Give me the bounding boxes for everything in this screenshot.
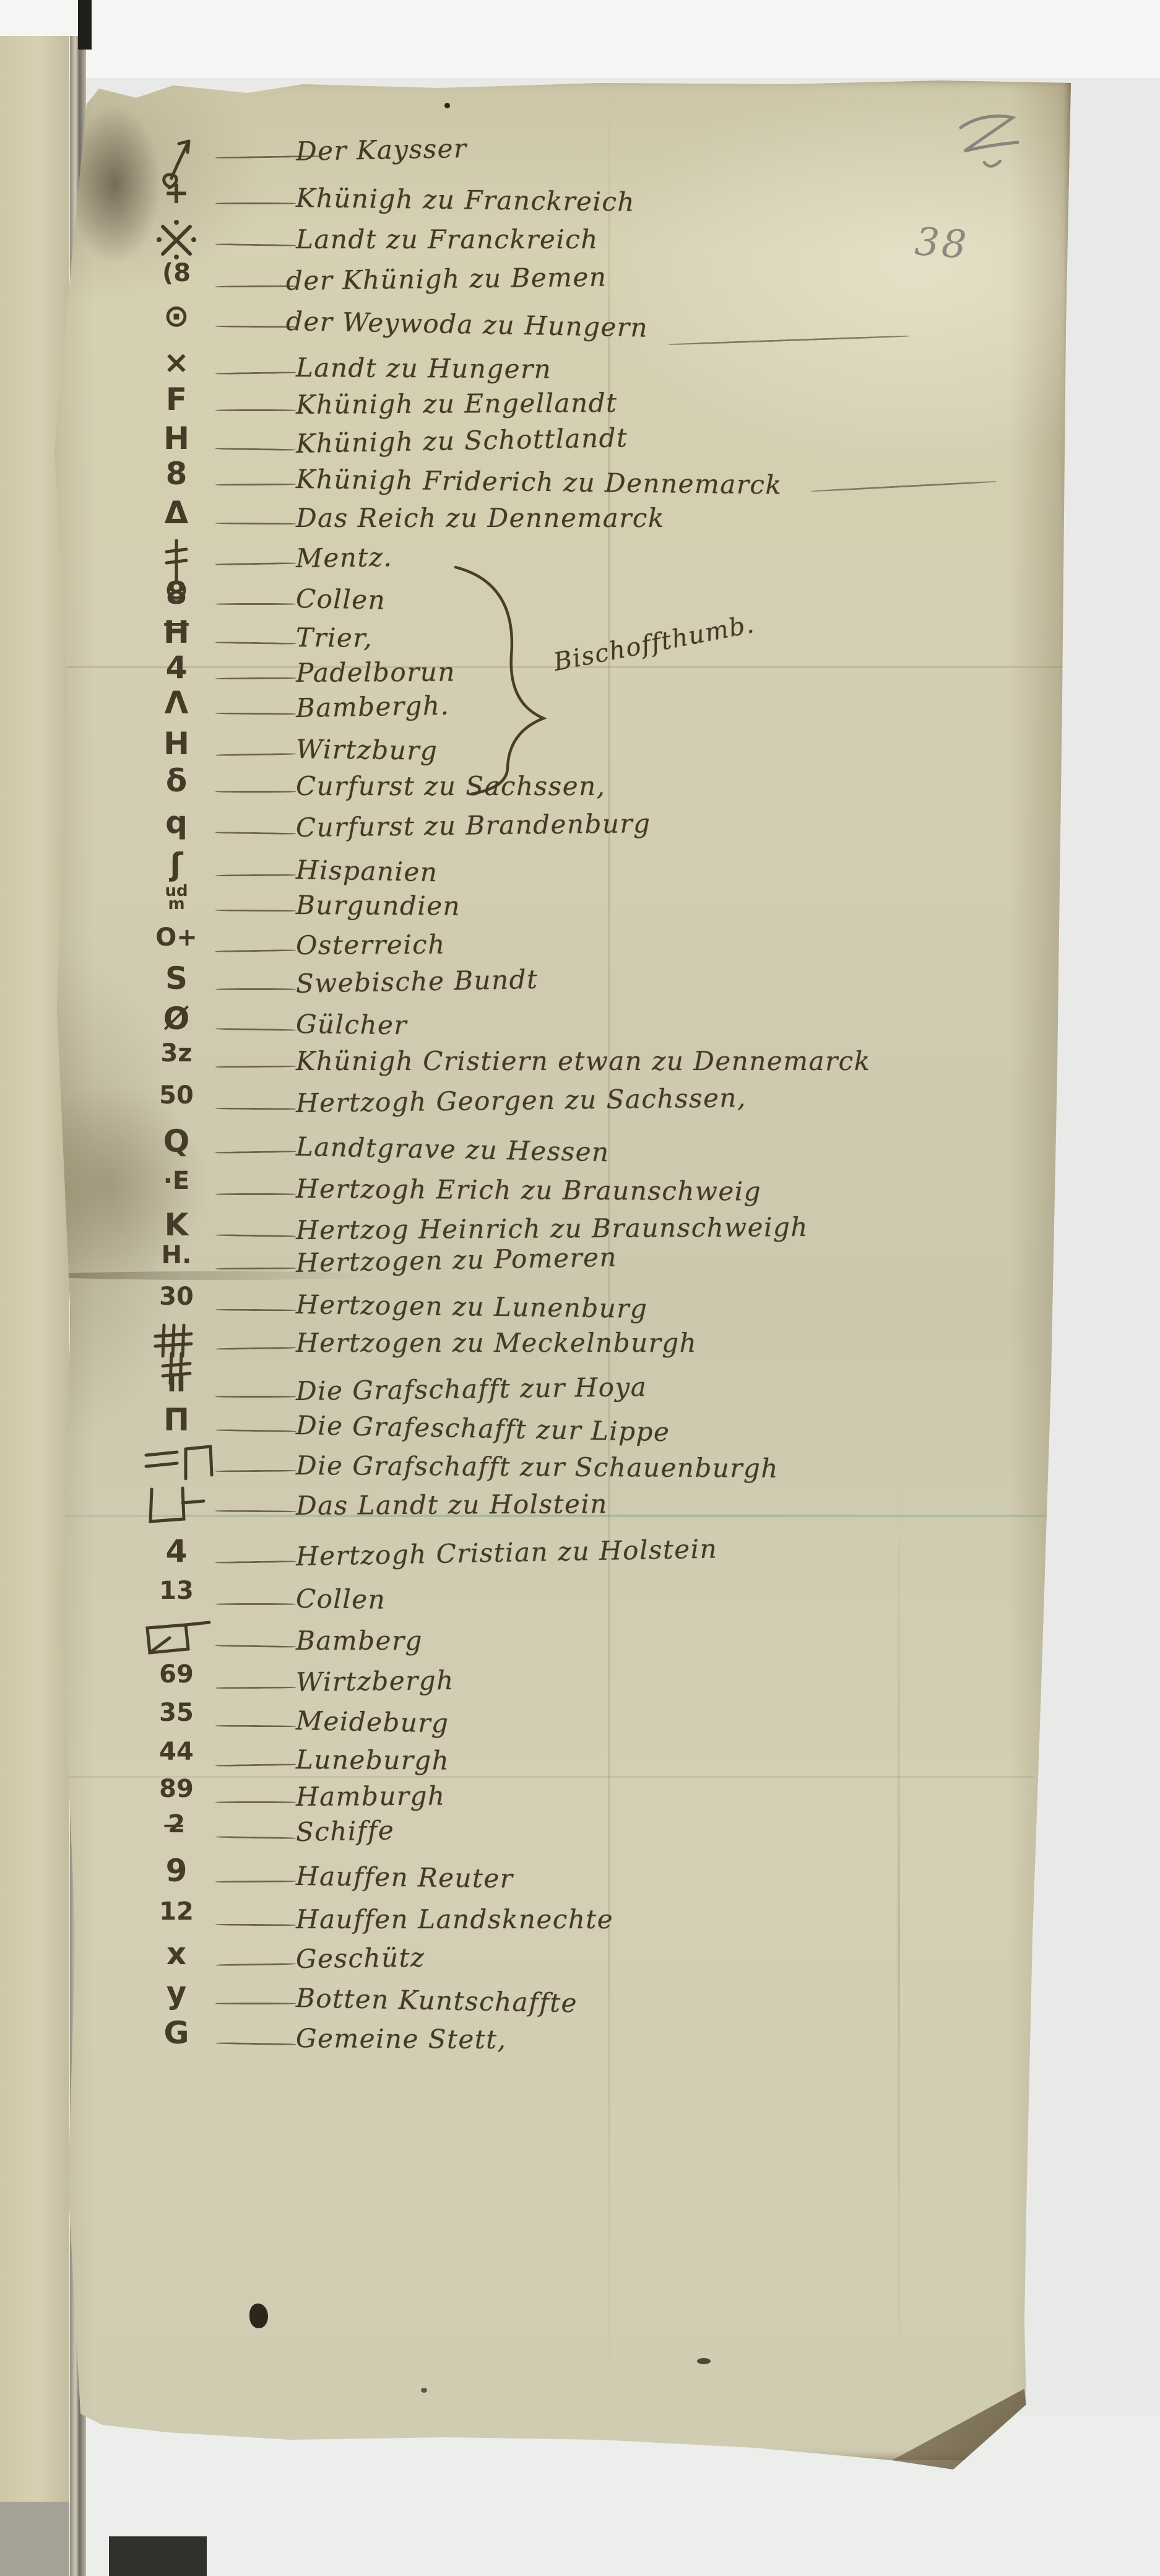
entry-text: Geschütz (296, 1942, 425, 1974)
entry-text: Hertzogh Cristian zu Holstein (296, 1534, 718, 1572)
connector-line (215, 1065, 296, 1068)
entry-text: Die Grafschafft zur Schauenburgh (296, 1450, 779, 1484)
connector-line (215, 409, 296, 411)
cipher-symbol: y (142, 1980, 210, 2005)
entry-text: Padelborun (296, 656, 456, 688)
flourish-line (811, 481, 997, 492)
connector-line (215, 1396, 296, 1398)
entry-text: Curfurst zu Brandenburg (296, 808, 651, 843)
entry-text: Burgundien (296, 890, 461, 921)
cipher-symbol: Π (142, 1408, 210, 1432)
entry-text: Landt zu Hungern (296, 352, 552, 385)
x-dots-sigil (142, 218, 210, 263)
entry-text: Hertzogh Erich zu Braunschweig (296, 1173, 761, 1207)
connector-line (215, 988, 296, 990)
entry-text: Hertzog Heinrich zu Braunschweigh (296, 1212, 808, 1245)
connector-line (215, 1028, 296, 1031)
entry-text: Hamburgh (296, 1781, 446, 1812)
connector-line (215, 677, 296, 679)
ink-smear (697, 2358, 711, 2364)
connector-line (215, 1347, 296, 1350)
entry-text: Bamberg (296, 1625, 423, 1656)
entry-text: Schiffe (296, 1815, 395, 1847)
group-brace (444, 563, 562, 799)
cipher-symbol: K (142, 1212, 210, 1237)
cipher-symbol: H (142, 426, 210, 451)
entry-text: Wirtzburg (296, 734, 438, 766)
connector-line (215, 1308, 296, 1311)
connector-line (215, 1267, 296, 1269)
connector-line (215, 832, 296, 835)
ink-blot (249, 2304, 268, 2328)
entry-text: Die Grafschafft zur Hoya (296, 1372, 647, 1406)
cipher-symbol: 4 (142, 655, 210, 680)
cipher-symbol: 9 (142, 1858, 210, 1883)
entry-text: Hauffen Landsknechte (296, 1904, 613, 1934)
scanned-manuscript: 38 Bischoffthumb. Der Kaysser+Khünigh zu… (0, 0, 1160, 2576)
entry-text: Die Grafeschafft zur Lippe (296, 1410, 670, 1447)
connector-line (215, 1880, 296, 1882)
cipher-symbol: 2̶ (142, 1814, 210, 1834)
entry-text: Meideburg (296, 1705, 449, 1739)
entry-text: Khünigh zu Schottlandt (296, 422, 628, 459)
ink-spot (444, 103, 450, 108)
cipher-symbol: x (142, 1941, 210, 1966)
cipher-symbol: 8 (142, 461, 210, 486)
manuscript-page: 38 Bischoffthumb. Der Kaysser+Khünigh zu… (43, 79, 1071, 2460)
cipher-symbol: O+ (142, 928, 210, 947)
connector-line (215, 1107, 296, 1110)
entry-text: Osterreich (296, 929, 446, 960)
entry-text: der Khünigh zu Bemen (286, 262, 607, 296)
open-box-sigil (142, 1484, 210, 1529)
connector-line (215, 2003, 296, 2004)
connector-line (215, 603, 296, 605)
pencil-corner-mark (952, 109, 1026, 177)
connector-line (215, 1645, 296, 1648)
entry-text: Bambergh. (296, 690, 450, 723)
entry-text: Hauffen Reuter (296, 1861, 514, 1894)
cipher-symbol: 30 (142, 1287, 210, 1307)
cipher-symbol: δ (142, 768, 210, 793)
connector-line (215, 1560, 296, 1564)
ink-speck (421, 2388, 427, 2393)
adjacent-folio-foot (0, 2502, 69, 2576)
connector-line (215, 1193, 296, 1195)
entry-text: Botten Kuntschaffte (296, 1983, 578, 2018)
entry-text: Wirtzbergh (296, 1665, 454, 1697)
cipher-symbol: H. (142, 1245, 210, 1265)
connector-line (215, 448, 296, 451)
connector-line (215, 949, 296, 952)
entry-text: Hertzogen zu Pomeren (296, 1242, 618, 1278)
connector-line (215, 1764, 296, 1767)
entry-text: Das Reich zu Dennemarck (296, 503, 665, 533)
connector-line (215, 712, 296, 715)
connector-line (215, 1923, 296, 1926)
entry-text: der Weywoda zu Hungern (286, 306, 649, 343)
cipher-symbol: 69 (142, 1664, 210, 1684)
pencil-page-number: 38 (914, 219, 971, 268)
connector-line (215, 522, 296, 524)
vertical-fold-crease-right (898, 1473, 900, 2401)
entry-text: Khünigh Cristiern etwan zu Dennemarck (296, 1046, 871, 1076)
cipher-symbol: Q (142, 1129, 210, 1154)
entry-text: Der Kaysser (296, 133, 468, 167)
spine-shadow (78, 0, 92, 50)
cipher-symbol: 4 (142, 1539, 210, 1564)
connector-line (215, 1801, 296, 1803)
entry-text: Khünigh Friderich zu Dennemarck (296, 464, 782, 500)
entry-text: Trier, (296, 622, 373, 653)
cipher-symbol: 35 (142, 1703, 210, 1723)
entry-text: Luneburgh (296, 1744, 450, 1776)
connector-line (215, 1429, 296, 1432)
entry-text: Landtgrave zu Hessen (296, 1131, 610, 1167)
cipher-symbol: ʃ (142, 852, 210, 877)
connector-line (215, 483, 296, 485)
bracket-sigil (142, 1444, 210, 1486)
cipher-symbol: 12 (142, 1902, 210, 1921)
cipher-symbol: 44 (142, 1742, 210, 1762)
connector-line (215, 1510, 296, 1512)
entry-text: Collen (296, 1583, 386, 1615)
connector-line (215, 325, 296, 328)
cipher-symbol: Λ (142, 690, 210, 715)
connector-line (215, 874, 296, 876)
cipher-symbol: Δ (142, 500, 210, 525)
connector-line (215, 1151, 296, 1154)
connector-line (215, 1963, 296, 1966)
cipher-symbol: 8 (142, 581, 210, 606)
connector-line (215, 1603, 296, 1605)
cipher-symbol: S (142, 966, 210, 991)
cipher-symbol: ⊙ (142, 303, 210, 328)
dark-board-edge (109, 2536, 207, 2576)
connector-line (215, 791, 296, 793)
entry-text: Gülcher (296, 1009, 408, 1040)
entry-text: Gemeine Stett, (296, 2023, 507, 2055)
entry-text: Hispanien (296, 855, 438, 887)
flag-box-sigil (142, 1619, 210, 1659)
cipher-symbol: Ø (142, 1006, 210, 1031)
cipher-symbol: + (142, 180, 210, 205)
flourish-line (669, 335, 910, 346)
connector-line (215, 202, 296, 204)
cipher-symbol: (8 (142, 263, 210, 283)
entry-text: Hertzogh Georgen zu Sachssen, (296, 1082, 747, 1118)
cipher-symbol: II (142, 1373, 210, 1393)
entry-text: Swebische Bundt (296, 964, 539, 999)
connector-line (215, 1725, 296, 1727)
cipher-symbol: q (142, 810, 210, 835)
connector-line (215, 2042, 296, 2045)
connector-line (215, 1469, 296, 1472)
connector-line (215, 562, 296, 565)
cipher-symbol: 89 (142, 1779, 210, 1799)
entry-text: Hertzogen zu Lunenburg (296, 1289, 648, 1324)
cipher-symbol: F (142, 387, 210, 412)
cipher-symbol: 50 (142, 1086, 210, 1105)
connector-line (215, 909, 296, 912)
entry-text: Collen (296, 583, 386, 616)
connector-line (215, 642, 296, 645)
cipher-symbol: 3z (142, 1043, 210, 1063)
brace-label: Bischoffthumb. (552, 610, 757, 677)
cipher-symbol: 13 (142, 1581, 210, 1601)
cipher-symbol: G (142, 2021, 210, 2045)
connector-line (215, 1836, 296, 1839)
cipher-symbol: ·E (142, 1171, 210, 1191)
entry-text: Hertzogen zu Meckelnburgh (296, 1328, 697, 1358)
connector-line (215, 1234, 296, 1237)
cipher-symbol: H (142, 731, 210, 756)
entry-text: Khünigh zu Franckreich (296, 183, 636, 217)
cipher-symbol: Ħ (142, 620, 210, 645)
entry-text: Mentz. (296, 542, 393, 573)
entry-text: Curfurst zu Sachssen, (296, 771, 606, 801)
entry-text: Landt zu Franckreich (296, 224, 599, 255)
connector-line (215, 285, 296, 287)
cipher-symbol: × (142, 350, 210, 375)
entry-text: Khünigh zu Engellandt (296, 388, 618, 420)
connector-line (215, 243, 296, 246)
connector-line (215, 753, 296, 756)
cipher-symbol: ud m (142, 885, 210, 911)
scanner-background-top (0, 0, 1160, 78)
connector-line (215, 1686, 296, 1689)
entry-text: Das Landt zu Holstein (296, 1489, 608, 1521)
connector-line (215, 372, 296, 375)
